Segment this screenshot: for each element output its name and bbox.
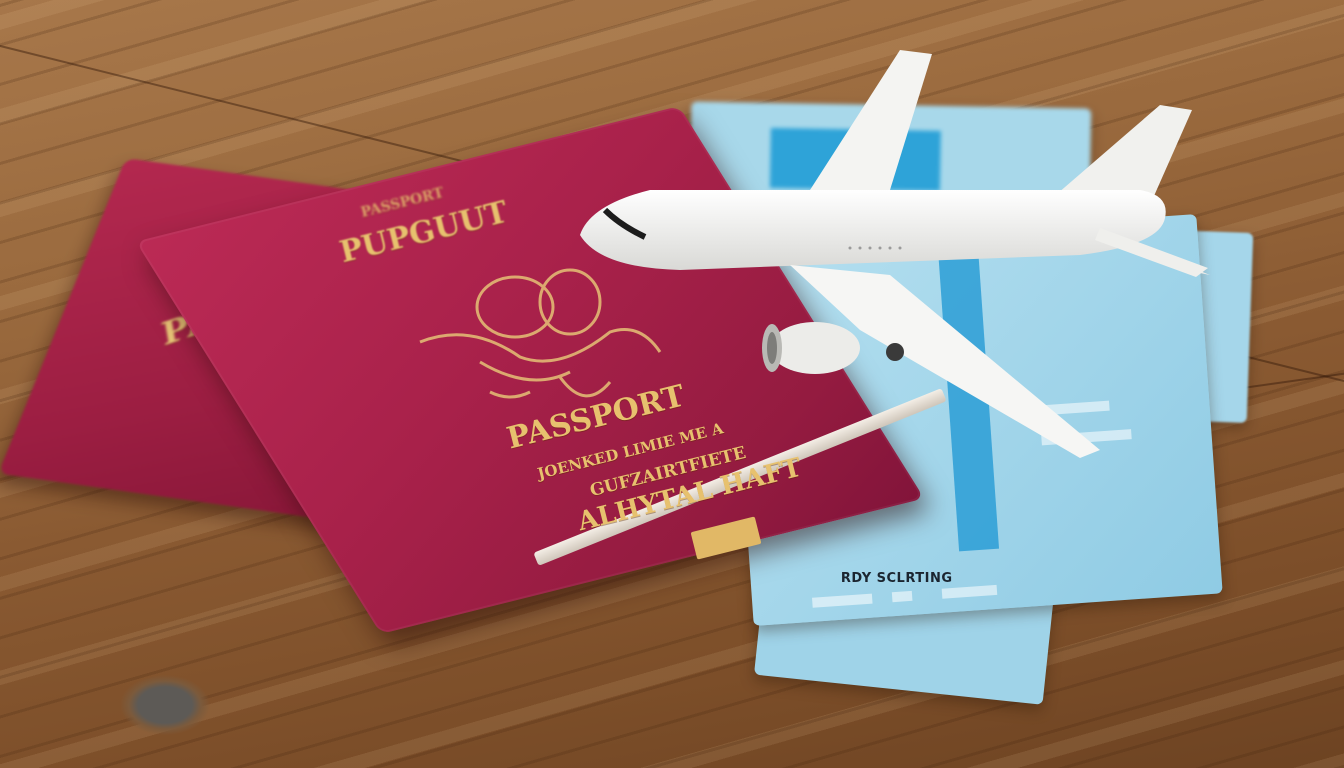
ticket-bar [892,591,913,602]
ticket-bar [942,585,998,599]
ticket-label: RDY SCLRTING [841,571,953,586]
toy-airplane-icon [560,40,1240,480]
ticket-bar [812,594,873,608]
photo-scene: RDY SCLRTING PASSP PASSPORT PUPGUUT PASS… [0,0,1344,768]
